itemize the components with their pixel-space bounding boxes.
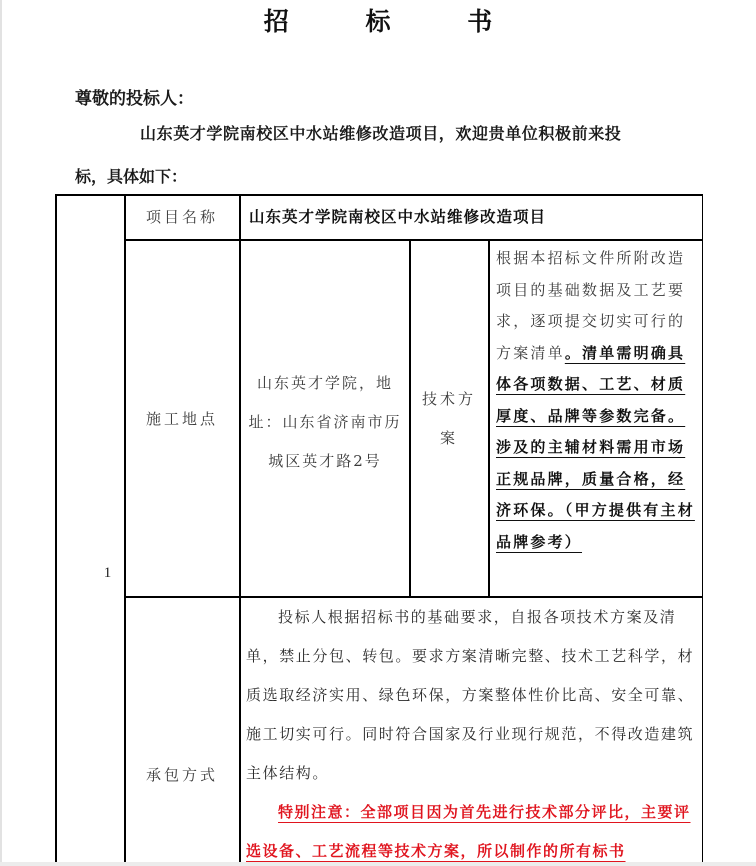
value-technical-plan: 根据本招标文件所附改造项目的基础数据及工艺要求，逐项提交切实可行的方案清单。清单… xyxy=(496,243,700,558)
label-technical-plan: 技术方 案 xyxy=(410,380,488,458)
value-contract-method: 投标人根据招标书的基础要求，自报各项技术方案及清单，禁止分包、转包。要求方案清晰… xyxy=(246,598,698,866)
contract-text: 投标人根据招标书的基础要求，自报各项技术方案及清单，禁止分包、转包。要求方案清晰… xyxy=(246,598,698,793)
site-line-2: 址：山东省济南市历 xyxy=(241,403,409,442)
site-line-1: 山东英才学院，地 xyxy=(241,364,409,403)
greeting: 尊敬的投标人： xyxy=(75,84,194,109)
document-title: 招 标 书 xyxy=(0,2,756,38)
tender-table: 1 项目名称 山东英才学院南校区中水站维修改造项目 施工地点 山东英才学院，地 … xyxy=(55,194,703,866)
page-bottom-edge xyxy=(0,862,756,866)
label-site-location: 施工地点 xyxy=(125,240,239,596)
special-note: 特别注意：全部项目因为首先进行技术部分评比，主要评选设备、工艺流程等技术方案，所… xyxy=(246,793,698,866)
intro-line-2: 标，具体如下： xyxy=(75,164,187,187)
site-line-3: 城区英才路2号 xyxy=(241,442,409,481)
tech-plan-emphasis: 。清单需明确具体各项数据、工艺、材质厚度、品牌等参数完备。涉及的主辅材料需用市场… xyxy=(496,344,695,551)
page-left-edge xyxy=(0,0,2,866)
col-divider-4 xyxy=(488,240,490,597)
table-border-left xyxy=(55,194,57,866)
value-project-name: 山东英才学院南校区中水站维修改造项目 xyxy=(249,205,689,227)
tech-label-line-2: 案 xyxy=(410,419,488,458)
col-divider-2 xyxy=(239,194,241,866)
row-number: 1 xyxy=(55,558,124,588)
value-site-location: 山东英才学院，地 址：山东省济南市历 城区英才路2号 xyxy=(241,364,409,481)
label-project-name: 项目名称 xyxy=(125,194,239,239)
tech-label-line-1: 技术方 xyxy=(410,380,488,419)
intro-line-1: 山东英才学院南校区中水站维修改造项目，欢迎贵单位积极前来投 xyxy=(140,121,621,144)
label-contract-method: 承包方式 xyxy=(125,754,239,794)
table-border-right xyxy=(702,194,704,866)
